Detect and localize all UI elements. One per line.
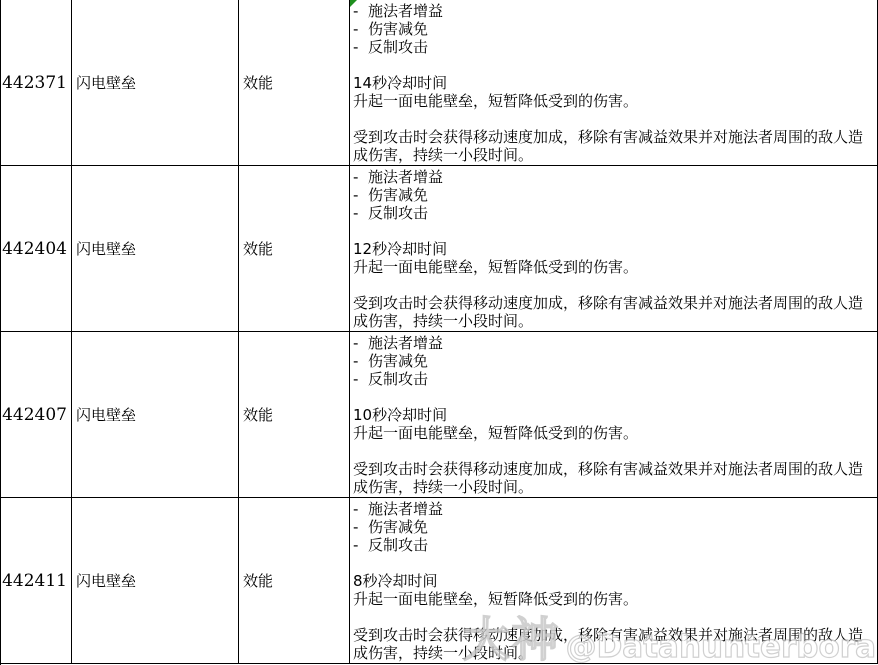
- table-row: 442371 闪电壁垒 效能 - 施法者增益 - 伤害减免 - 反制攻击 14秒…: [1, 0, 878, 166]
- desc-line: [353, 608, 875, 626]
- table-row: 442407 闪电壁垒 效能 - 施法者增益 - 伤害减免 - 反制攻击 10秒…: [1, 332, 878, 498]
- desc-line: 8秒冷却时间: [353, 572, 875, 590]
- desc-line: 成伤害，持续一小段时间。: [353, 312, 875, 330]
- desc-line: 升起一面电能壁垒，短暂降低受到的伤害。: [353, 590, 875, 608]
- desc-line: - 反制攻击: [353, 204, 875, 222]
- desc-line: - 伤害减免: [353, 352, 875, 370]
- table-row: 442404 闪电壁垒 效能 - 施法者增益 - 伤害减免 - 反制攻击 12秒…: [1, 166, 878, 332]
- desc-line: - 施法者增益: [353, 500, 875, 518]
- desc-line: 受到攻击时会获得移动速度加成，移除有害减益效果并对施法者周围的敌人造: [353, 128, 875, 146]
- desc-line: 10秒冷却时间: [353, 406, 875, 424]
- spreadsheet-table: 442371 闪电壁垒 效能 - 施法者增益 - 伤害减免 - 反制攻击 14秒…: [0, 0, 878, 665]
- desc-line: - 反制攻击: [353, 370, 875, 388]
- desc-line: 成伤害，持续一小段时间。: [353, 146, 875, 164]
- desc-line: - 伤害减免: [353, 186, 875, 204]
- cell-skill-name[interactable]: 闪电壁垒: [72, 332, 239, 497]
- desc-line: [353, 222, 875, 240]
- cell-description[interactable]: - 施法者增益 - 伤害减免 - 反制攻击 12秒冷却时间 升起一面电能壁垒，短…: [350, 166, 878, 331]
- cell-id[interactable]: 442407: [1, 332, 72, 497]
- desc-line: 受到攻击时会获得移动速度加成，移除有害减益效果并对施法者周围的敌人造: [353, 294, 875, 312]
- cell-skill-name[interactable]: 闪电壁垒: [72, 498, 239, 663]
- desc-line: [353, 56, 875, 74]
- excel-error-indicator-icon: [350, 0, 357, 7]
- desc-line: - 施法者增益: [353, 168, 875, 186]
- desc-line: 14秒冷却时间: [353, 74, 875, 92]
- desc-line: 受到攻击时会获得移动速度加成，移除有害减益效果并对施法者周围的敌人造: [353, 460, 875, 478]
- cell-skill-name[interactable]: 闪电壁垒: [72, 0, 239, 165]
- cell-category[interactable]: 效能: [239, 498, 350, 663]
- desc-line: 升起一面电能壁垒，短暂降低受到的伤害。: [353, 258, 875, 276]
- desc-line: 升起一面电能壁垒，短暂降低受到的伤害。: [353, 92, 875, 110]
- cell-category[interactable]: 效能: [239, 332, 350, 497]
- cell-category[interactable]: 效能: [239, 166, 350, 331]
- cell-id[interactable]: 442411: [1, 498, 72, 663]
- desc-line: [353, 276, 875, 294]
- desc-line: [353, 442, 875, 460]
- cell-skill-name[interactable]: 闪电壁垒: [72, 166, 239, 331]
- desc-line: - 伤害减免: [353, 20, 875, 38]
- desc-line: - 反制攻击: [353, 38, 875, 56]
- desc-line: [353, 388, 875, 406]
- desc-line: [353, 554, 875, 572]
- desc-line: 受到攻击时会获得移动速度加成，移除有害减益效果并对施法者周围的敌人造: [353, 626, 875, 644]
- desc-line: - 施法者增益: [353, 334, 875, 352]
- cell-description[interactable]: - 施法者增益 - 伤害减免 - 反制攻击 14秒冷却时间 升起一面电能壁垒，短…: [350, 0, 878, 165]
- cell-description[interactable]: - 施法者增益 - 伤害减免 - 反制攻击 8秒冷却时间 升起一面电能壁垒，短暂…: [350, 498, 878, 663]
- desc-line: 12秒冷却时间: [353, 240, 875, 258]
- cell-id[interactable]: 442404: [1, 166, 72, 331]
- cell-id[interactable]: 442371: [1, 0, 72, 165]
- cell-description[interactable]: - 施法者增益 - 伤害减免 - 反制攻击 10秒冷却时间 升起一面电能壁垒，短…: [350, 332, 878, 497]
- desc-line: - 反制攻击: [353, 536, 875, 554]
- desc-line: 成伤害，持续一小段时间。: [353, 478, 875, 496]
- desc-line: - 施法者增益: [353, 2, 875, 20]
- desc-line: - 伤害减免: [353, 518, 875, 536]
- desc-line: 升起一面电能壁垒，短暂降低受到的伤害。: [353, 424, 875, 442]
- desc-line: 成伤害，持续一小段时间。: [353, 644, 875, 662]
- table-row: 442411 闪电壁垒 效能 - 施法者增益 - 伤害减免 - 反制攻击 8秒冷…: [1, 498, 878, 664]
- desc-line: [353, 110, 875, 128]
- cell-category[interactable]: 效能: [239, 0, 350, 165]
